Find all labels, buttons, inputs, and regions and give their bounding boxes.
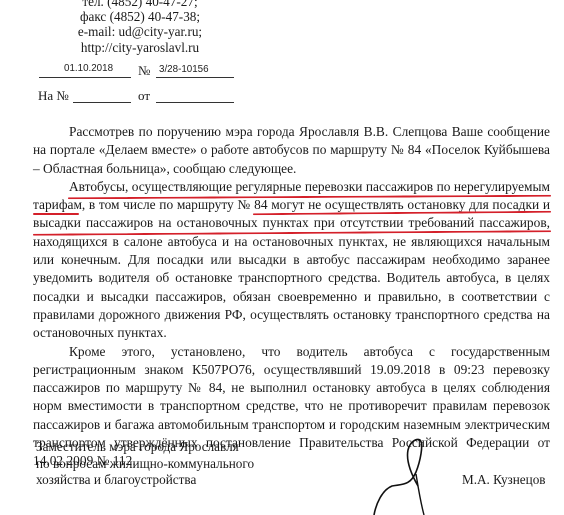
letter-body: Рассмотрев по поручению мэра города Ярос… xyxy=(33,123,550,471)
reply-to-line xyxy=(73,102,131,103)
from-line xyxy=(156,102,234,103)
signer-title-line: Заместитель мэра города Ярославля xyxy=(36,439,254,456)
phone-line: тел. (4852) 40-47-27; xyxy=(0,0,280,9)
website-line: http://city-yaroslavl.ru xyxy=(0,40,280,55)
from-label: от xyxy=(138,88,150,104)
sender-contacts: тел. (4852) 40-47-27; факс (4852) 40-47-… xyxy=(0,0,280,55)
reply-to-label: На № xyxy=(38,88,69,104)
signer-title-line: хозяйства и благоустройства xyxy=(36,472,254,489)
paragraph-rules: Автобусы, осуществляющие регулярные пере… xyxy=(33,178,550,343)
fax-line: факс (4852) 40-47-38; xyxy=(0,9,280,24)
number-label: № xyxy=(138,63,150,79)
document-date: 01.10.2018 xyxy=(64,63,113,74)
paragraph-intro: Рассмотрев по поручению мэра города Ярос… xyxy=(33,123,550,178)
number-line xyxy=(156,77,234,78)
date-line xyxy=(39,77,131,78)
document-number: 3/28-10156 xyxy=(159,64,209,75)
signer-name: М.А. Кузнецов xyxy=(462,472,546,488)
signer-title-line: по вопросам жилищно-коммунального xyxy=(36,456,254,473)
underline-tariffs xyxy=(33,213,79,215)
handwritten-signature xyxy=(330,420,460,515)
signer-title: Заместитель мэра города Ярославля по воп… xyxy=(36,439,254,489)
email-line: e-mail: ud@city-yar.ru; xyxy=(0,24,280,39)
